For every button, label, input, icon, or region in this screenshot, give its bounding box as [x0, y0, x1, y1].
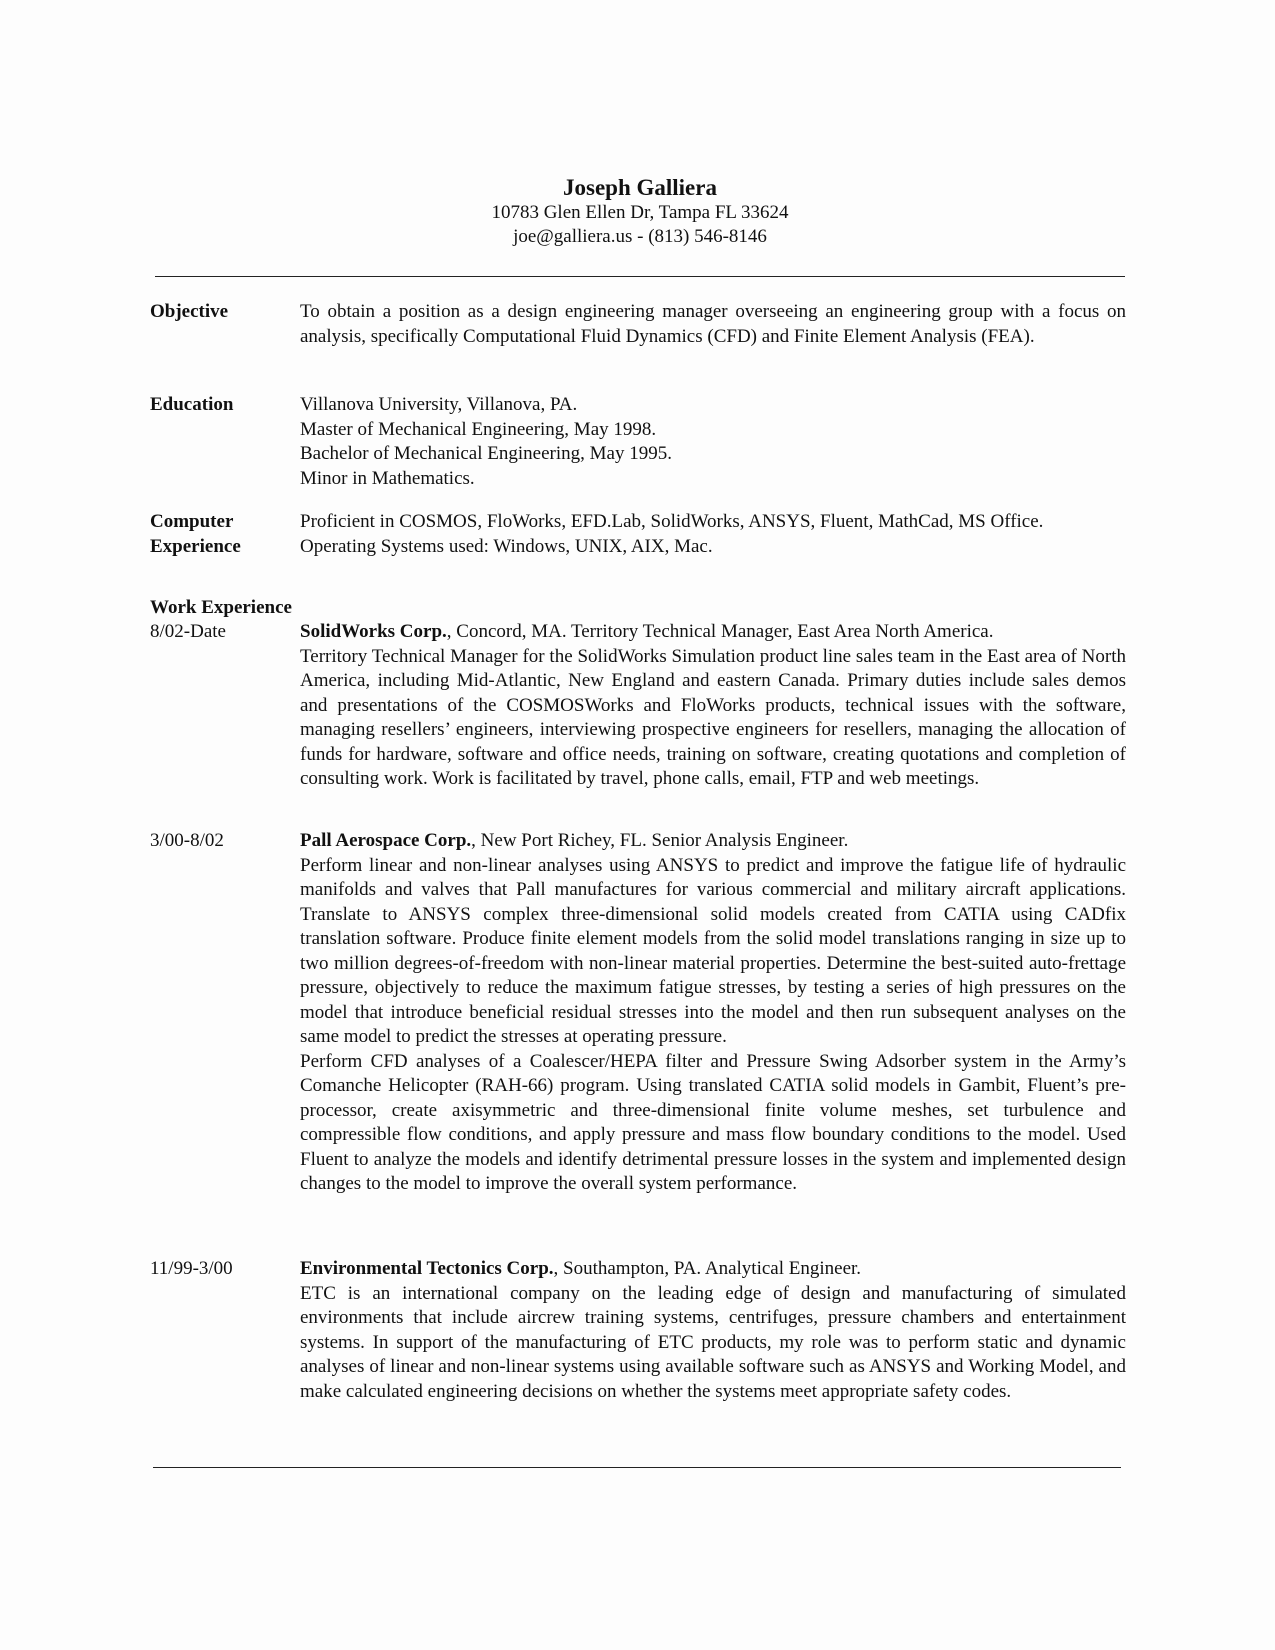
job-description: Territory Technical Manager for the Soli… — [300, 645, 1126, 792]
job-body: Environmental Tectonics Corp., Southampt… — [300, 1257, 1126, 1404]
education-school: Villanova University, Villanova, PA. — [300, 393, 1126, 418]
education-content: Villanova University, Villanova, PA. Mas… — [300, 393, 1126, 491]
top-divider — [155, 276, 1125, 277]
job-title-line: Environmental Tectonics Corp., Southampt… — [300, 1257, 1126, 1282]
software-proficiency: Proficient in COSMOS, FloWorks, EFD.Lab,… — [300, 510, 1126, 535]
job-description: Perform linear and non-linear analyses u… — [300, 854, 1126, 1050]
job-body: SolidWorks Corp., Concord, MA. Territory… — [300, 620, 1126, 792]
company-name: Pall Aerospace Corp. — [300, 830, 471, 851]
education-masters: Master of Mechanical Engineering, May 19… — [300, 418, 1126, 443]
address: 10783 Glen Ellen Dr, Tampa FL 33624 — [150, 201, 1130, 225]
company-name: Environmental Tectonics Corp. — [300, 1258, 554, 1279]
job-dates: 11/99-3/00 — [150, 1257, 300, 1282]
computer-experience-content: Proficient in COSMOS, FloWorks, EFD.Lab,… — [300, 510, 1126, 559]
company-name: SolidWorks Corp. — [300, 621, 447, 642]
job-description: Perform CFD analyses of a Coalescer/HEPA… — [300, 1050, 1126, 1197]
objective-text: To obtain a position as a design enginee… — [300, 300, 1126, 349]
job-dates: 3/00-8/02 — [150, 829, 300, 854]
candidate-name: Joseph Galliera — [150, 175, 1130, 201]
job-title-line: Pall Aerospace Corp., New Port Richey, F… — [300, 829, 1126, 854]
resume-header: Joseph Galliera 10783 Glen Ellen Dr, Tam… — [150, 175, 1130, 249]
education-bachelors: Bachelor of Mechanical Engineering, May … — [300, 442, 1126, 467]
job-dates: 8/02-Date — [150, 620, 300, 645]
job-details: , Concord, MA. Territory Technical Manag… — [447, 621, 994, 642]
job-details: , Southampton, PA. Analytical Engineer. — [554, 1258, 862, 1279]
education-label: Education — [150, 393, 300, 418]
objective-label: Objective — [150, 300, 300, 325]
education-minor: Minor in Mathematics. — [300, 467, 1126, 492]
email-phone: joe@galliera.us - (813) 546-8146 — [150, 225, 1130, 249]
job-body: Pall Aerospace Corp., New Port Richey, F… — [300, 829, 1126, 1197]
work-experience-heading: Work Experience — [150, 596, 292, 621]
job-description: ETC is an international company on the l… — [300, 1282, 1126, 1405]
bottom-divider — [153, 1467, 1121, 1468]
job-title-line: SolidWorks Corp., Concord, MA. Territory… — [300, 620, 1126, 645]
operating-systems: Operating Systems used: Windows, UNIX, A… — [300, 535, 1126, 560]
computer-experience-label: Computer Experience — [150, 510, 300, 559]
job-details: , New Port Richey, FL. Senior Analysis E… — [471, 830, 848, 851]
